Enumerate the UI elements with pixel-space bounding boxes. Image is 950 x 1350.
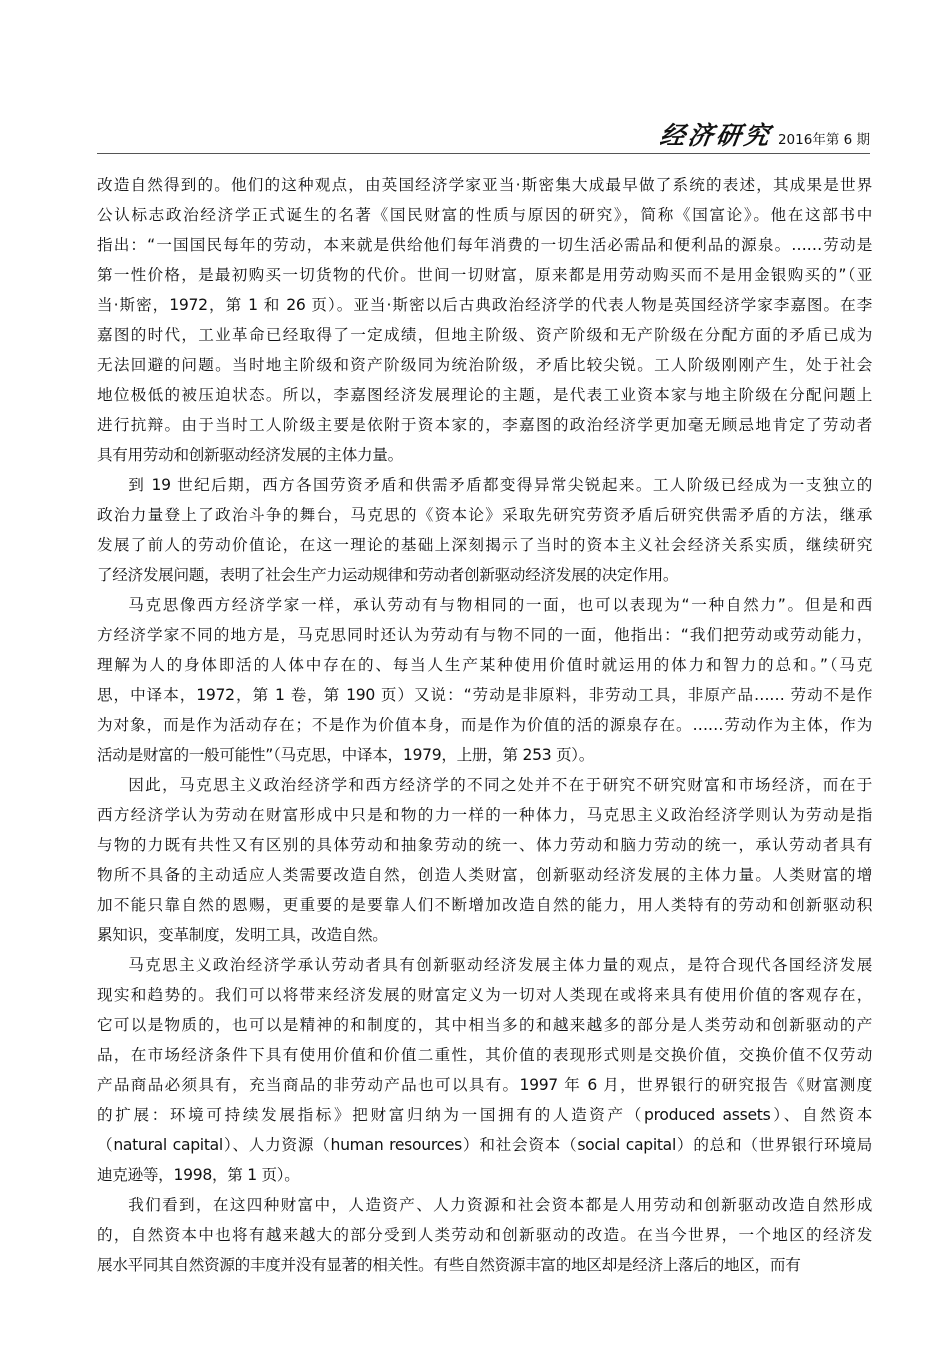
text-line: 到 19 世纪后期，西方各国劳资矛盾和供需矛盾都变得异常尖锐起来。工人阶级已经成… [97, 470, 872, 500]
text-line: 公认标志政治经济学正式诞生的名著《国民财富的性质与原因的研究》，简称《国富论》。… [97, 200, 872, 230]
text-line: 的扩展：环境可持续发展指标》把财富归纳为一国拥有的人造资产（produced a… [97, 1100, 872, 1130]
text-line: 思，中译本，1972，第 1 卷，第 190 页）又说：“劳动是非原料，非劳动工… [97, 680, 872, 710]
text-line: 迪克逊等，1998，第 1 页）。 [97, 1160, 872, 1190]
text-line: 现实和趋势的。我们可以将带来经济发展的财富定义为一切对人类现在或将来具有使用价值… [97, 980, 872, 1010]
running-head: 经济研究 2016年第 6 期 [660, 123, 870, 149]
text-line: 为对象，而是作为活动存在；不是作为价值本身，而是作为价值的活的源泉存在。……劳动… [97, 710, 872, 740]
paragraph: 马克思像西方经济学家一样，承认劳动有与物相同的一面，也可以表现为“一种自然力”。… [97, 590, 872, 770]
text-line: 方经济学家不同的地方是，马克思同时还认为劳动有与物不同的一面，他指出：“我们把劳… [97, 620, 872, 650]
text-line: 发展了前人的劳动价值论，在这一理论的基础上深刻揭示了当时的资本主义社会经济关系实… [97, 530, 872, 560]
text-line: 西方经济学认为劳动在财富形成中只是和物的力一样的一种体力，马克思主义政治经济学则… [97, 800, 872, 830]
text-line: 马克思像西方经济学家一样，承认劳动有与物相同的一面，也可以表现为“一种自然力”。… [97, 590, 872, 620]
text-line: 我们看到，在这四种财富中，人造资产、人力资源和社会资本都是人用劳动和创新驱动改造… [97, 1190, 872, 1220]
text-line: 第一性价格，是最初购买一切货物的代价。世间一切财富，原来都是用劳动购买而不是用金… [97, 260, 872, 290]
paragraph: 到 19 世纪后期，西方各国劳资矛盾和供需矛盾都变得异常尖锐起来。工人阶级已经成… [97, 470, 872, 590]
text-line: 因此，马克思主义政治经济学和西方经济学的不同之处并不在于研究不研究财富和市场经济… [97, 770, 872, 800]
text-line: 活动是财富的一般可能性”（马克思，中译本，1979，上册，第 253 页）。 [97, 740, 872, 770]
text-line: 地位极低的被压迫状态。所以，李嘉图经济发展理论的主题，是代表工业资本家与地主阶级… [97, 380, 872, 410]
text-line: 政治力量登上了政治斗争的舞台，马克思的《资本论》采取先研究劳资矛盾后研究供需矛盾… [97, 500, 872, 530]
text-line: 当·斯密，1972，第 1 和 26 页）。亚当·斯密以后古典政治经济学的代表人… [97, 290, 872, 320]
paragraph: 因此，马克思主义政治经济学和西方经济学的不同之处并不在于研究不研究财富和市场经济… [97, 770, 872, 950]
page-header: 经济研究 2016年第 6 期 [97, 118, 870, 154]
text-line: 改造自然得到的。他们的这种观点，由英国经济学家亚当·斯密集大成最早做了系统的表述… [97, 170, 872, 200]
article-body: 改造自然得到的。他们的这种观点，由英国经济学家亚当·斯密集大成最早做了系统的表述… [97, 170, 872, 1280]
text-line: 品，在市场经济条件下具有使用价值和价值二重性，其价值的表现形式则是交换价值，交换… [97, 1040, 872, 1070]
text-line: 展水平同其自然资源的丰度并没有显著的相关性。有些自然资源丰富的地区却是经济上落后… [97, 1250, 872, 1280]
issue-label: 2016年第 6 期 [778, 131, 870, 149]
text-line: 嘉图的时代，工业革命已经取得了一定成绩，但地主阶级、资产阶级和无产阶级在分配方面… [97, 320, 872, 350]
text-line: 加不能只靠自然的恩赐，更重要的是要靠人们不断增加改造自然的能力，用人类特有的劳动… [97, 890, 872, 920]
text-line: 累知识，变革制度，发明工具，改造自然。 [97, 920, 872, 950]
text-line: 它可以是物质的，也可以是精神的和制度的，其中相当多的和越来越多的部分是人类劳动和… [97, 1010, 872, 1040]
text-line: 无法回避的问题。当时地主阶级和资产阶级同为统治阶级，矛盾比较尖锐。工人阶级刚刚产… [97, 350, 872, 380]
paragraph: 我们看到，在这四种财富中，人造资产、人力资源和社会资本都是人用劳动和创新驱动改造… [97, 1190, 872, 1280]
text-line: 具有用劳动和创新驱动经济发展的主体力量。 [97, 440, 872, 470]
text-line: 马克思主义政治经济学承认劳动者具有创新驱动经济发展主体力量的观点，是符合现代各国… [97, 950, 872, 980]
text-line: 进行抗辩。由于当时工人阶级主要是依附于资本家的，李嘉图的政治经济学更加毫无顾忌地… [97, 410, 872, 440]
text-line: 与物的力既有共性又有区别的具体劳动和抽象劳动的统一、体力劳动和脑力劳动的统一，承… [97, 830, 872, 860]
text-line: 了经济发展问题，表明了社会生产力运动规律和劳动者创新驱动经济发展的决定作用。 [97, 560, 872, 590]
paragraph: 改造自然得到的。他们的这种观点，由英国经济学家亚当·斯密集大成最早做了系统的表述… [97, 170, 872, 470]
journal-logo: 经济研究 [658, 123, 774, 149]
text-line: 指出：“一国国民每年的劳动，本来就是供给他们每年消费的一切生活必需品和便利品的源… [97, 230, 872, 260]
text-line: 理解为人的身体即活的人体中存在的、每当人生产某种使用价值时就运用的体力和智力的总… [97, 650, 872, 680]
text-line: （natural capital）、人力资源（human resources）和… [97, 1130, 872, 1160]
text-line: 的，自然资本中也将有越来越大的部分受到人类劳动和创新驱动的改造。在当今世界，一个… [97, 1220, 872, 1250]
text-line: 物所不具备的主动适应人类需要改造自然，创造人类财富，创新驱动经济发展的主体力量。… [97, 860, 872, 890]
text-line: 产品商品必须具有，充当商品的非劳动产品也可以具有。1997 年 6 月，世界银行… [97, 1070, 872, 1100]
paragraph: 马克思主义政治经济学承认劳动者具有创新驱动经济发展主体力量的观点，是符合现代各国… [97, 950, 872, 1190]
